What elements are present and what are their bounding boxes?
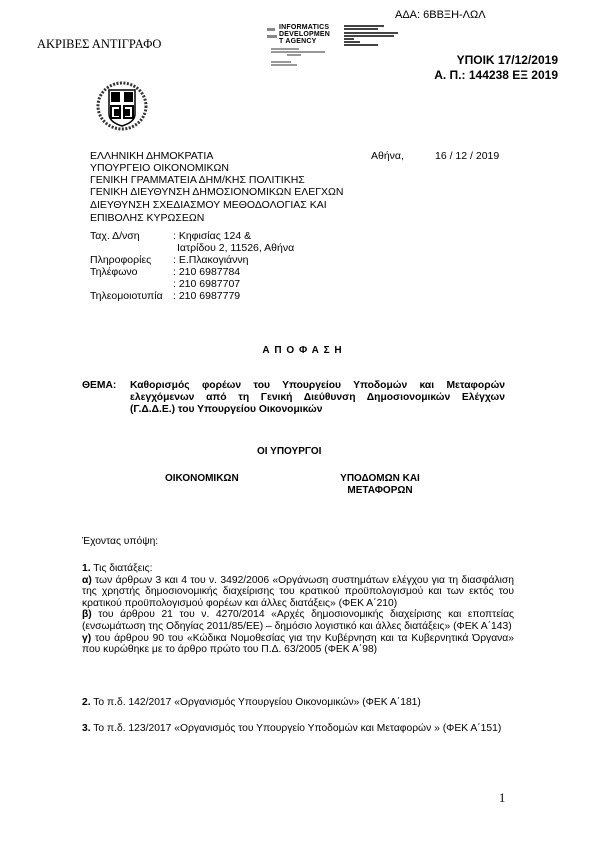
item-text: Το π.δ. 142/2017 «Οργανισμός Υπουργείου …: [91, 697, 421, 708]
sender-block: ΕΛΛΗΝΙΚΗ ΔΗΜΟΚΡΑΤΙΑ ΥΠΟΥΡΓΕΙΟ ΟΙΚΟΝΟΜΙΚΩ…: [90, 150, 380, 224]
ministers-heading: ΟΙ ΥΠΟΥΡΓΟΙ: [257, 446, 321, 457]
contact-row-address-2: Ιατρίδου 2, 11526, Αθήνα: [90, 242, 390, 254]
greek-coat-of-arms-icon: [95, 80, 149, 132]
contact-row-info: Πληροφορίες : Ε.Πλακογιάννη: [90, 254, 390, 266]
stamp-noise-bottom: [271, 47, 331, 67]
considering-intro: Έχοντας υπόψη:: [82, 536, 158, 547]
sub-text: του άρθρου 90 του «Κώδικα Νομοθεσίας για…: [82, 633, 514, 656]
page-number: 1: [499, 791, 505, 806]
stamp-line-3: T AGENCY: [279, 38, 317, 45]
subject-label: ΘΕΜΑ:: [82, 380, 116, 391]
provision-sub-a: α) των άρθρων 3 και 4 του ν. 3492/2006 «…: [82, 575, 514, 610]
contact-row-phone-2: : 210 6987707: [90, 278, 390, 290]
sender-line: ΓΕΝΙΚΗ ΓΡΑΜΜΑΤΕΙΑ ΔΗΜ/ΚΗΣ ΠΟΛΙΤΙΚΗΣ: [90, 174, 380, 186]
place-label: Αθήνα,: [371, 150, 404, 162]
document-date: 16 / 12 / 2019: [435, 150, 499, 162]
contact-value: : Κηφισίας 124 &: [173, 230, 251, 242]
sender-line: ΓΕΝΙΚΗ ΔΙΕΥΘΥΝΣΗ ΔΗΜΟΣΙΟΝΟΜΙΚΩΝ ΕΛΕΓΧΩΝ: [90, 186, 380, 198]
contact-value: : Ε.Πλακογιάννη: [173, 254, 248, 266]
contact-value: : 210 6987779: [173, 290, 240, 302]
contact-label: Τηλέφωνο: [90, 266, 173, 278]
sender-line: ΕΠΙΒΟΛΗΣ ΚΥΡΩΣΕΩΝ: [90, 212, 380, 224]
subject-line: (Γ.Δ.Δ.Ε.) του Υπουργείου Οικονομικών: [130, 404, 505, 416]
digital-signature-stamp: INFORMATICS DEVELOPMEN T AGENCY: [265, 22, 400, 82]
contact-value: Ιατρίδου 2, 11526, Αθήνα: [177, 242, 294, 254]
contact-label: Τηλεομοιοτυπία: [90, 290, 173, 302]
minister-finance: ΟΙΚΟΝΟΜΙΚΩΝ: [165, 473, 239, 484]
contact-row-fax: Τηλεομοιοτυπία : 210 6987779: [90, 290, 390, 302]
sub-mark: α): [82, 575, 92, 586]
contact-label: Πληροφορίες: [90, 254, 173, 266]
provision-sub-c: γ) του άρθρου 90 του «Κώδικα Νομοθεσίας …: [82, 633, 514, 656]
provision-item-1: 1. Τις διατάξεις: α) των άρθρων 3 και 4 …: [82, 563, 514, 656]
contact-row-address: Ταχ. Δ/νση : Κηφισίας 124 &: [90, 230, 390, 242]
contact-label: [90, 278, 173, 290]
provision-item-3: 3. Το π.δ. 123/2017 «Οργανισμός του Υπου…: [82, 723, 514, 735]
contact-label: Ταχ. Δ/νση: [90, 230, 173, 242]
stamp-details: [344, 24, 400, 47]
contact-value: : 210 6987784: [173, 266, 240, 278]
provision-item-2: 2. Το π.δ. 142/2017 «Οργανισμός Υπουργεί…: [82, 697, 514, 709]
sender-line: ΥΠΟΥΡΓΕΙΟ ΟΙΚΟΝΟΜΙΚΩΝ: [90, 162, 380, 174]
contact-value: : 210 6987707: [173, 278, 240, 290]
stamp-line-2: DEVELOPMEN: [279, 31, 330, 38]
stamp-noise-left: [267, 27, 277, 39]
contact-block: Ταχ. Δ/νση : Κηφισίας 124 & Ιατρίδου 2, …: [90, 230, 390, 302]
sub-mark: β): [82, 609, 92, 620]
minister-infrastructure: ΥΠΟΔΟΜΩΝ ΚΑΙ ΜΕΤΑΦΟΡΩΝ: [330, 473, 430, 497]
protocol-ministry-date: ΥΠΟΙΚ 17/12/2019: [457, 53, 558, 67]
contact-label: [90, 242, 177, 254]
subject-line: Καθορισμός φορέων του Υπουργείου Υποδομώ…: [130, 380, 505, 392]
ada-code: ΑΔΑ: 6ΒΒΞΗ-ΛΩΛ: [395, 9, 486, 21]
contact-row-phone: Τηλέφωνο : 210 6987784: [90, 266, 390, 278]
subject-line: ελεγχόμενων από τη Γενική Διεύθυνση Δημο…: [130, 392, 505, 404]
subject-text: Καθορισμός φορέων του Υπουργείου Υποδομώ…: [130, 380, 505, 415]
item-number: 2.: [82, 697, 91, 708]
provision-sub-b: β) του άρθρου 21 του ν. 4270/2014 «Αρχές…: [82, 609, 514, 632]
item-number: 1.: [82, 563, 91, 574]
protocol-number: Α. Π.: 144238 ΕΞ 2019: [434, 68, 558, 82]
sub-mark: γ): [82, 633, 91, 644]
sub-text: των άρθρων 3 και 4 του ν. 3492/2006 «Οργ…: [82, 575, 514, 609]
item-text: Το π.δ. 123/2017 «Οργανισμός του Υπουργε…: [91, 723, 502, 734]
sender-line: ΔΙΕΥΘΥΝΣΗ ΣΧΕΔΙΑΣΜΟΥ ΜΕΘΟΔΟΛΟΓΙΑΣ ΚΑΙ: [90, 199, 380, 211]
sender-line: ΕΛΛΗΝΙΚΗ ΔΗΜΟΚΡΑΤΙΑ: [90, 150, 380, 162]
decision-title: Α Π Ο Φ Α Σ Η: [0, 345, 595, 356]
sub-text: του άρθρου 21 του ν. 4270/2014 «Αρχές δη…: [82, 609, 514, 632]
stamp-line-1: INFORMATICS: [279, 24, 329, 31]
minister-infrastructure-line: ΜΕΤΑΦΟΡΩΝ: [330, 485, 430, 497]
minister-infrastructure-line: ΥΠΟΔΟΜΩΝ ΚΑΙ: [330, 473, 430, 485]
item-text: Τις διατάξεις:: [91, 563, 153, 574]
item-number: 3.: [82, 723, 91, 734]
certified-copy-label: ΑΚΡΙΒΕΣ ΑΝΤΙΓΡΑΦΟ: [37, 37, 161, 52]
